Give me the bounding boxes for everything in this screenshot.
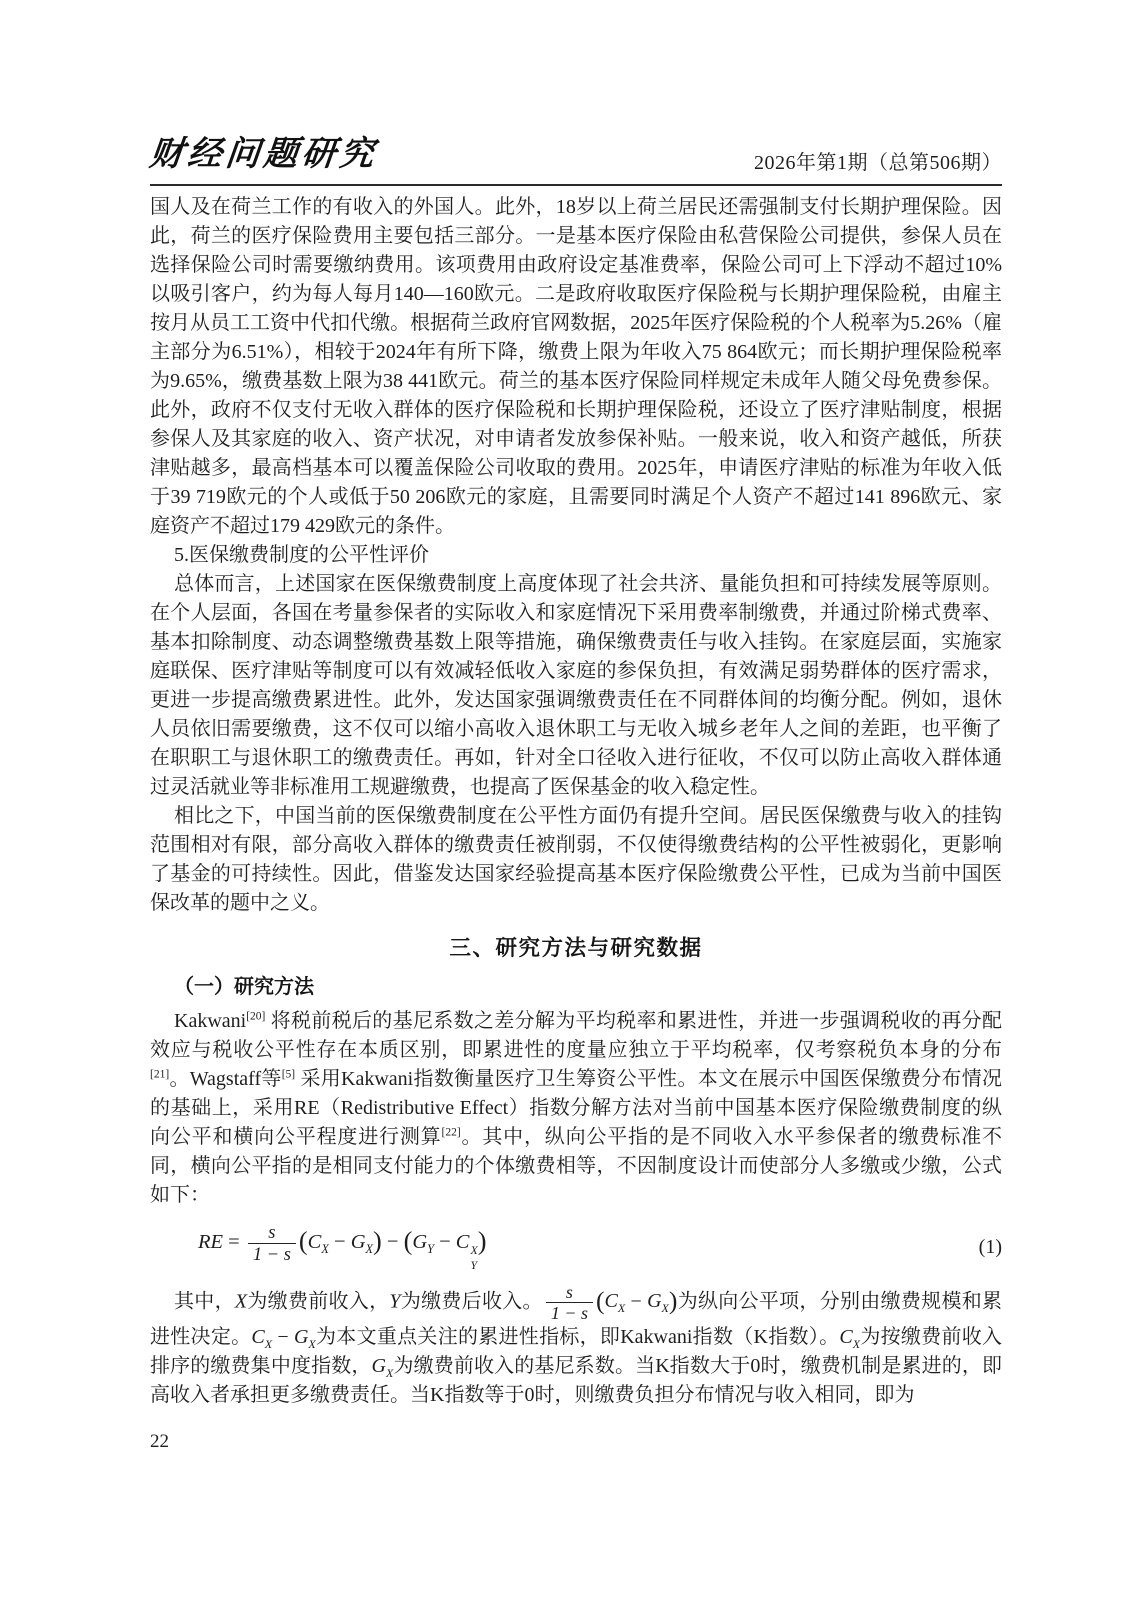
journal-logo: 财经问题研究 — [147, 126, 380, 175]
equation-1: RE = s1 − s(CX − GX) − (GY − CXY) (1) — [150, 1222, 1002, 1273]
subsection-heading-research-method: （一）研究方法 — [150, 973, 1002, 1002]
paragraph-kakwani-method: Kakwani[20] 将税前税后的基尼系数之差分解为平均税率和累进性，并进一步… — [150, 1007, 1002, 1210]
section-heading-methods-data: 三、研究方法与研究数据 — [150, 931, 1002, 962]
page-number: 22 — [150, 1431, 1002, 1453]
equation-number: (1) — [979, 1236, 1002, 1259]
equation-body: RE = s1 − s(CX − GX) − (GY − CXY) — [150, 1222, 979, 1273]
page-header: 财经问题研究 2026年第1期（总第506期） — [150, 126, 1002, 186]
issue-info: 2026年第1期（总第506期） — [754, 146, 1002, 175]
journal-page: 财经问题研究 2026年第1期（总第506期） 国人及在荷兰工作的有收入的外国人… — [0, 0, 1140, 1600]
paragraph-china-gap: 相比之下，中国当前的医保缴费制度在公平性方面仍有提升空间。居民医保缴费与收入的挂… — [150, 802, 1002, 918]
paragraph-netherlands-insurance: 国人及在荷兰工作的有收入的外国人。此外，18岁以上荷兰居民还需强制支付长期护理保… — [150, 193, 1002, 541]
paragraph-formula-explanation: 其中，X为缴费前收入，Y为缴费后收入。s1 − s(CX − GX)为纵向公平项… — [150, 1282, 1002, 1410]
paragraph-overall-evaluation: 总体而言，上述国家在医保缴费制度上高度体现了社会共济、量能负担和可持续发展等原则… — [150, 570, 1002, 802]
item-heading-fairness-evaluation: 5.医保缴费制度的公平性评价 — [150, 541, 1002, 570]
page-content: 国人及在荷兰工作的有收入的外国人。此外，18岁以上荷兰居民还需强制支付长期护理保… — [150, 193, 1002, 1453]
